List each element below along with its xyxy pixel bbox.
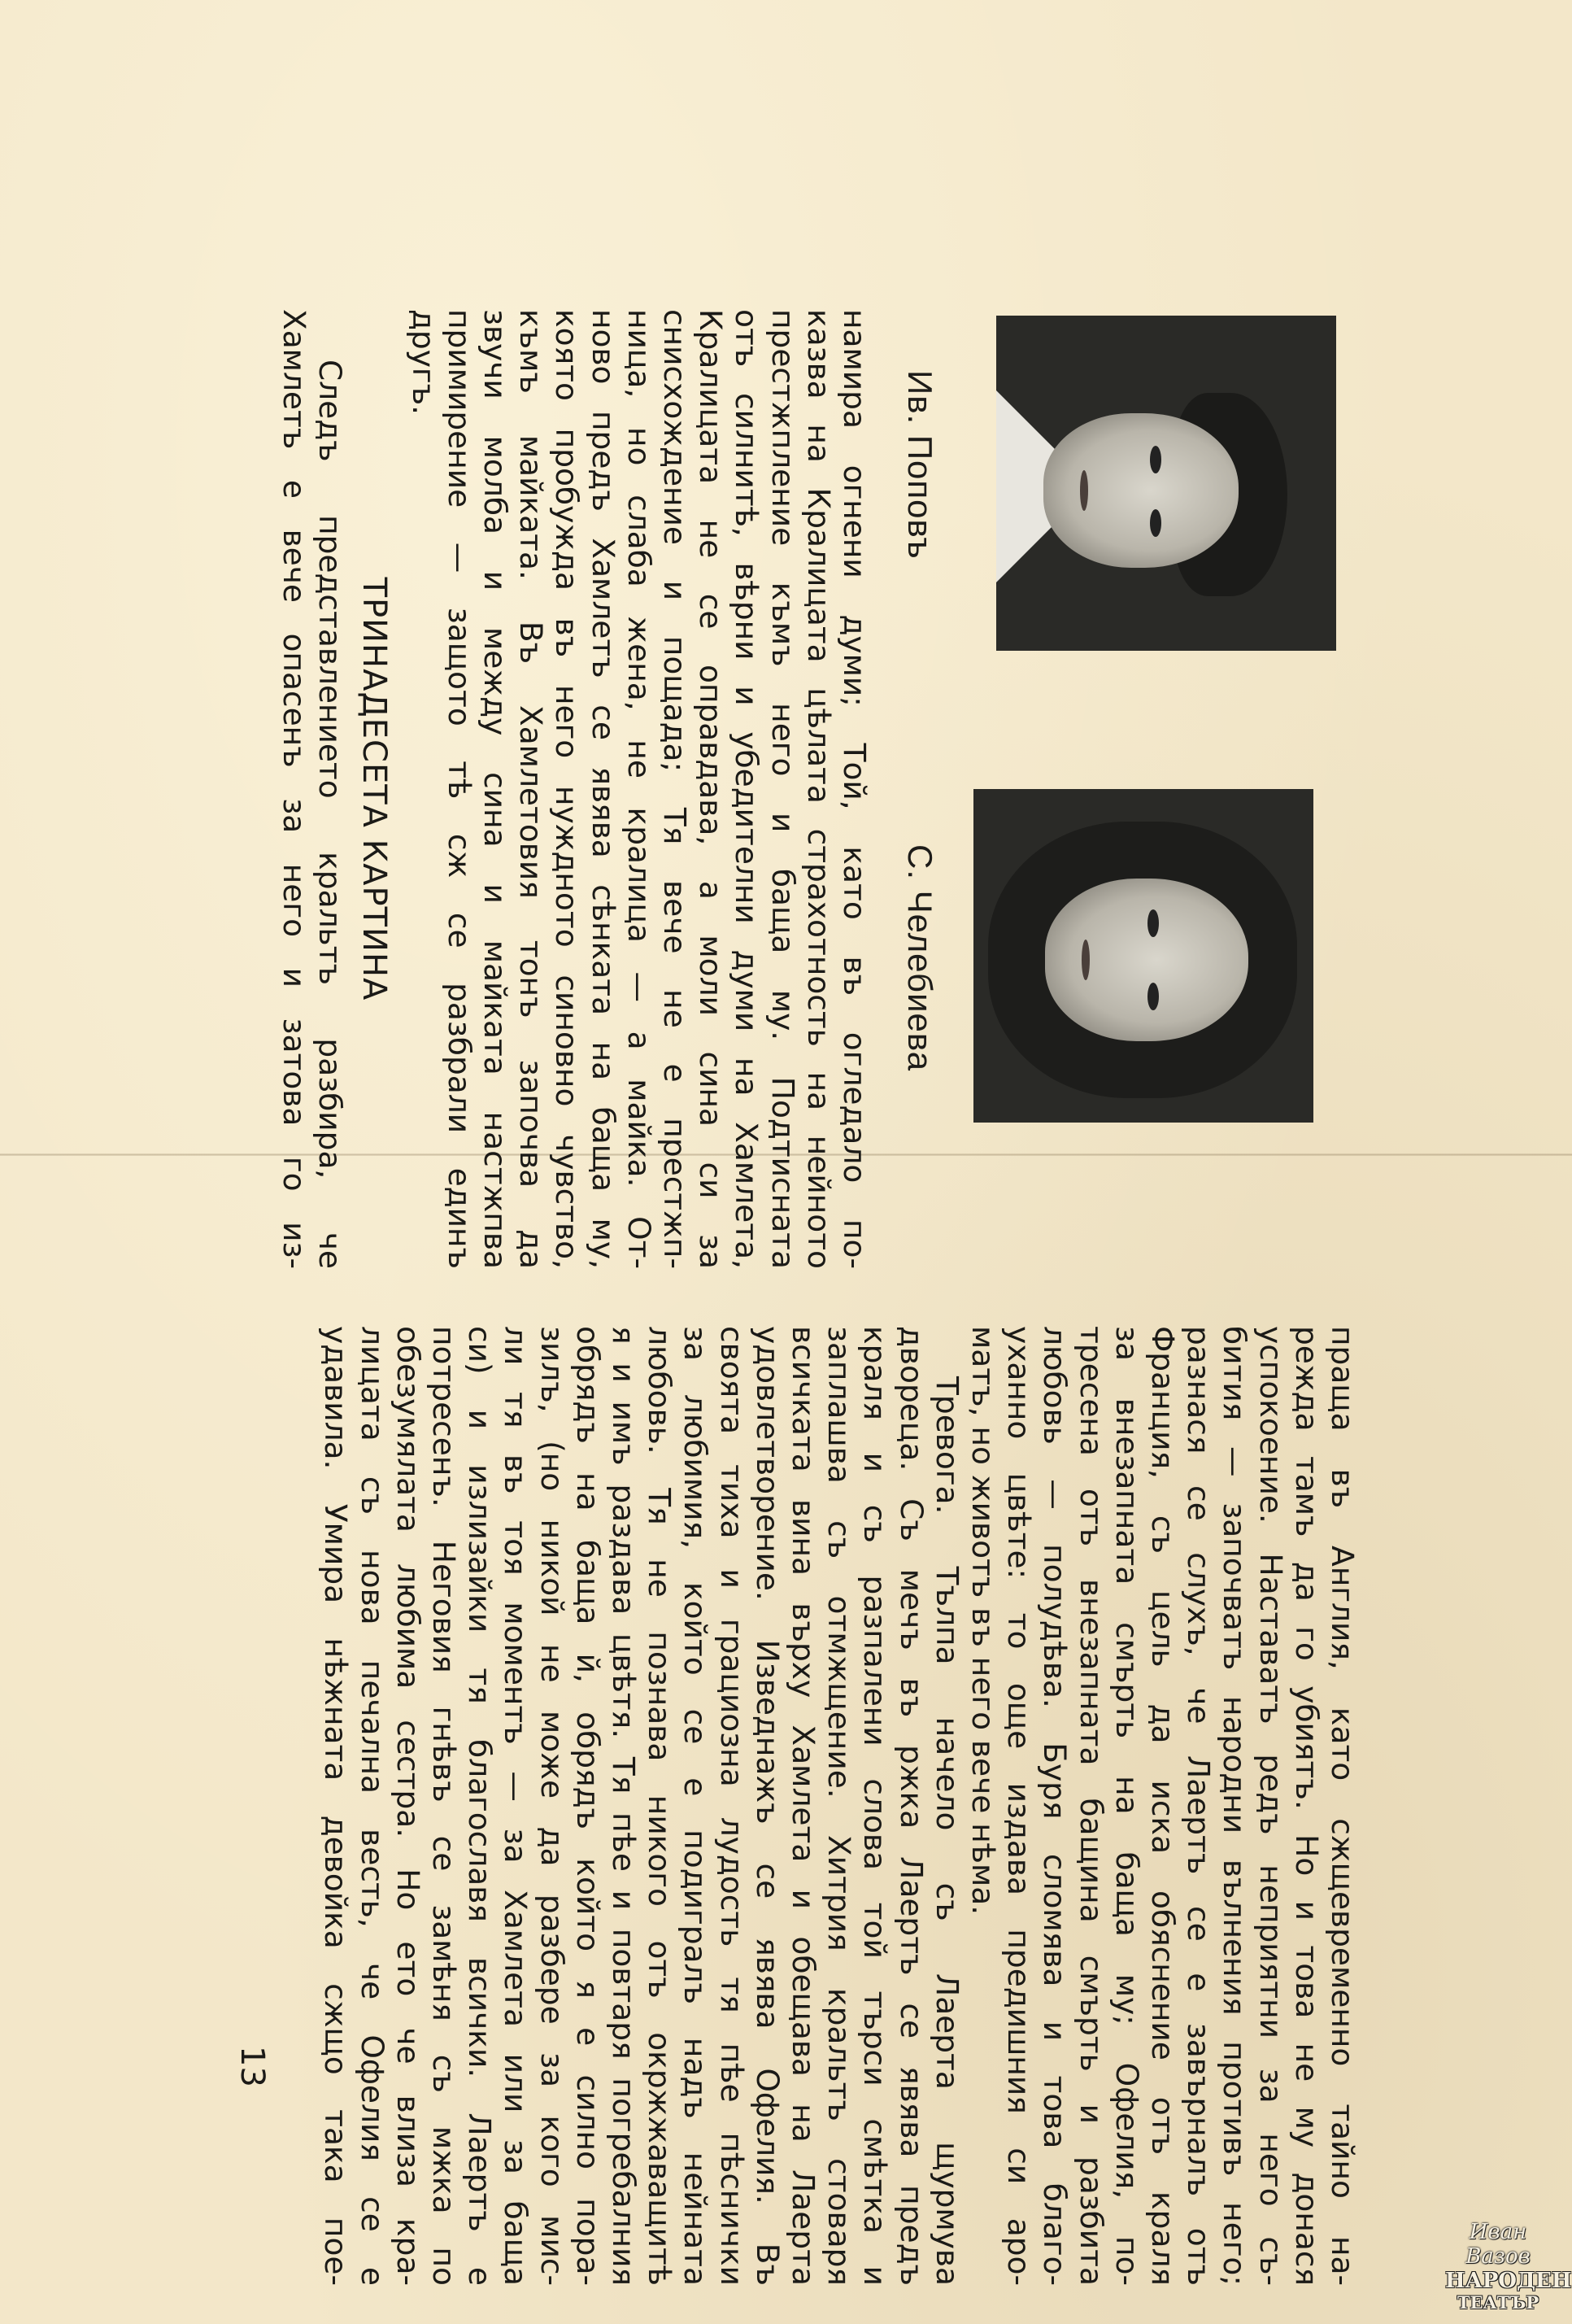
theatre-watermark-logo: Иван Вазов НАРОДЕН ТЕАТЪР bbox=[1445, 2220, 1551, 2309]
text-line: за внезапната смърть на баща му; Офелия,… bbox=[1109, 1326, 1145, 2286]
section-heading: ТРИНАДЕСЕТА КАРТИНА bbox=[356, 309, 392, 1269]
text-line: която пробужда въ него нуждното синовно … bbox=[549, 309, 585, 1269]
text-line: двореца. Съ мечъ въ ржка Лаертъ се явява… bbox=[893, 1326, 929, 2286]
text-line: матъ, но животъ въ него вече нѣма. bbox=[965, 1326, 1001, 2286]
text-line: любовь — полудѣва. Буря сломява и това б… bbox=[1037, 1326, 1073, 2286]
logo-signature: Иван Вазов bbox=[1445, 2220, 1551, 2269]
photo-face bbox=[1043, 413, 1239, 568]
paragraph: праща въ Англия, като сжщевременно тайно… bbox=[965, 1326, 1361, 2286]
photo-mouth bbox=[1080, 470, 1088, 511]
photo-eye bbox=[1147, 983, 1159, 1010]
photo-face bbox=[1045, 879, 1248, 1041]
text-line: тресена отъ внезапната бащина смърть и р… bbox=[1073, 1326, 1108, 2286]
photo-eye bbox=[1150, 509, 1161, 537]
text-line: Следъ представлението кральтъ разбира, ч… bbox=[312, 309, 348, 1269]
text-column-left: намира огнени думи; Той, като въ огледал… bbox=[277, 309, 873, 1269]
text-line: успокоение. Наставатъ редъ неприятни за … bbox=[1252, 1326, 1288, 2286]
portrait-photo-chelebieva bbox=[973, 789, 1313, 1123]
text-line: казва на Кралицата цѣлата страхотность н… bbox=[801, 309, 837, 1269]
text-line: бития — започватъ народни вълнения проти… bbox=[1217, 1326, 1252, 2286]
paragraph: Тревога. Тълпа начело съ Лаерта щурмувад… bbox=[318, 1326, 965, 2286]
page-number: 13 bbox=[233, 2046, 271, 2087]
text-line: примирение — защото тѣ сж се разбрали ед… bbox=[442, 309, 477, 1269]
text-line: уханно цвѣте: то още издава предишния си… bbox=[1001, 1326, 1037, 2286]
text-line: Франция, съ цель да иска обяснение отъ к… bbox=[1145, 1326, 1181, 2286]
text-line: заплашва съ отмжщение. Хитрия кральтъ ст… bbox=[821, 1326, 857, 2286]
text-line: си) и излизайки тя благославя всички. Ла… bbox=[462, 1326, 498, 2286]
text-line: лицата съ нова печална весть, че Офелия … bbox=[354, 1326, 390, 2286]
portrait-photo-popov bbox=[996, 316, 1336, 651]
photo-mouth bbox=[1082, 940, 1090, 980]
text-line: своята тиха и грациозна лудость тя пѣе п… bbox=[713, 1326, 749, 2286]
text-line: любовь. Тя не познава никого отъ окржжав… bbox=[642, 1326, 677, 2286]
text-line: Тревога. Тълпа начело съ Лаерта щурмува bbox=[930, 1326, 965, 2286]
paragraph: Следъ представлението кральтъ разбира, ч… bbox=[277, 309, 348, 1269]
text-line: къмъ майката. Въ Хамлетовия тонъ започва… bbox=[513, 309, 549, 1269]
photo-caption: С. Челебиева bbox=[900, 844, 939, 1071]
photo-eye bbox=[1150, 446, 1161, 473]
text-line: другъ. bbox=[405, 309, 441, 1269]
photo-caption: Ив. Поповъ bbox=[900, 370, 939, 560]
text-line: разнася се слухъ, че Лаертъ се е завърна… bbox=[1181, 1326, 1217, 2286]
text-line: праща въ Англия, като сжщевременно тайно… bbox=[1325, 1326, 1361, 2286]
text-line: обрядъ на баща й, обрядъ който я е силно… bbox=[570, 1326, 606, 2286]
text-line: ли тя въ тоя моментъ — за Хамлета или за… bbox=[498, 1326, 533, 2286]
text-line: Хамлетъ е вече опасенъ за него и затова … bbox=[277, 309, 312, 1269]
rotated-book-page: Ив. Поповъ С. Челебиева намира огнени ду… bbox=[0, 0, 1572, 2324]
text-line: зилъ, (но никой не може да разбере за ко… bbox=[533, 1326, 569, 2286]
text-line: престжпление къмъ него и баща му. Подтис… bbox=[764, 309, 800, 1269]
text-line: всичката вина върху Хамлета и обещава на… bbox=[786, 1326, 821, 2286]
text-line: режда тамъ да го убиятъ. Но и това не му… bbox=[1289, 1326, 1325, 2286]
text-line: ница, но слаба жена, не кралица — а майк… bbox=[621, 309, 657, 1269]
text-line: удовлетворение. Изведнажъ се явява Офели… bbox=[750, 1326, 786, 2286]
text-line: ново предъ Хамлетъ се явява сѣнката на б… bbox=[585, 309, 621, 1269]
text-column-right: праща въ Англия, като сжщевременно тайно… bbox=[318, 1326, 1361, 2286]
text-line: намира огнени думи; Той, като въ огледал… bbox=[837, 309, 873, 1269]
text-line: Кралицата не се оправдава, а моли сина с… bbox=[693, 309, 729, 1269]
text-line: звучи молба и между сина и майката настж… bbox=[477, 309, 513, 1269]
text-line: отъ силнитѣ, вѣрни и убедителни думи на … bbox=[729, 309, 764, 1269]
text-line: удавила. Умира нѣжната девойка сжщо така… bbox=[318, 1326, 354, 2286]
paragraph: намира огнени думи; Той, като въ огледал… bbox=[405, 309, 873, 1269]
text-line: потресенъ. Неговия гнѣвъ се замѣня съ мж… bbox=[426, 1326, 462, 2286]
text-line: снисхождение и пощада; Тя вече не е прес… bbox=[657, 309, 693, 1269]
logo-line-2: ТЕАТЪР bbox=[1445, 2293, 1551, 2313]
text-line: я и имъ раздава цвѣтя. Тя пѣе и повтаря … bbox=[606, 1326, 642, 2286]
text-line: обезумялата любима сестра. Но ето че вли… bbox=[390, 1326, 426, 2286]
text-line: за любимия, който се е подигралъ надъ не… bbox=[677, 1326, 713, 2286]
photo-eye bbox=[1147, 909, 1159, 937]
logo-line-1: НАРОДЕН bbox=[1445, 2269, 1551, 2293]
text-line: краля и съ разпалени слова той търси смѣ… bbox=[857, 1326, 893, 2286]
